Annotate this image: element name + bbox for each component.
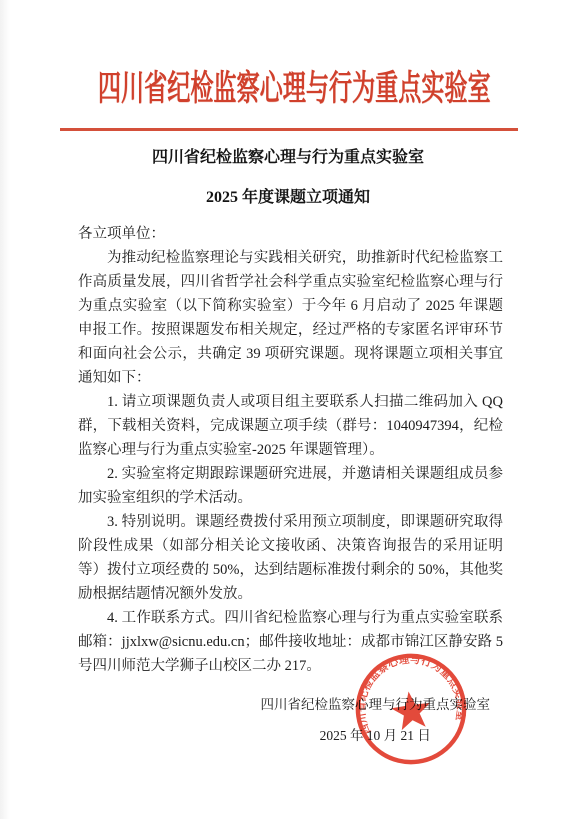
paragraph-intro: 为推动纪检监察理论与实践相关研究，助推新时代纪检监察工作高质量发展，四川省哲学社… (78, 246, 503, 390)
title-line-2: 2025 年度课题立项通知 (0, 184, 576, 207)
paragraph-item-3: 3. 特别说明。课题经费拨付采用预立项制度，即课题研究取得阶段性成果（如部分相关… (78, 510, 503, 606)
paragraph-item-2: 2. 实验室将定期跟踪课题研究进展，并邀请相关课题组成员参加实验室组织的学术活动… (78, 462, 503, 510)
signature-date: 2025 年 10 月 21 日 (261, 724, 491, 744)
paragraph-item-4: 4. 工作联系方式。四川省纪检监察心理与行为重点实验室联系邮箱：jjxlxw@s… (78, 606, 503, 678)
scanned-notice-document: 四川省纪检监察心理与行为重点实验室 四川省纪检监察心理与行为重点实验室 2025… (0, 0, 576, 819)
signature-block: 四川省纪检监察心理与行为重点实验室 2025 年 10 月 21 日 (261, 693, 491, 744)
letterhead-rule (60, 128, 518, 131)
signature-org-name: 四川省纪检监察心理与行为重点实验室 (261, 693, 491, 713)
paragraph-item-1: 1. 请立项课题负责人或项目组主要联系人扫描二维码加入 QQ 群，下载相关资料，… (78, 390, 503, 462)
notice-body: 各立项单位： 为推动纪检监察理论与实践相关研究，助推新时代纪检监察工作高质量发展… (78, 222, 503, 678)
title-line-1: 四川省纪检监察心理与行为重点实验室 (0, 144, 576, 167)
document-title: 四川省纪检监察心理与行为重点实验室 2025 年度课题立项通知 (0, 144, 576, 207)
letterhead-org-name: 四川省纪检监察心理与行为重点实验室 (98, 68, 478, 110)
salutation: 各立项单位： (78, 222, 503, 246)
